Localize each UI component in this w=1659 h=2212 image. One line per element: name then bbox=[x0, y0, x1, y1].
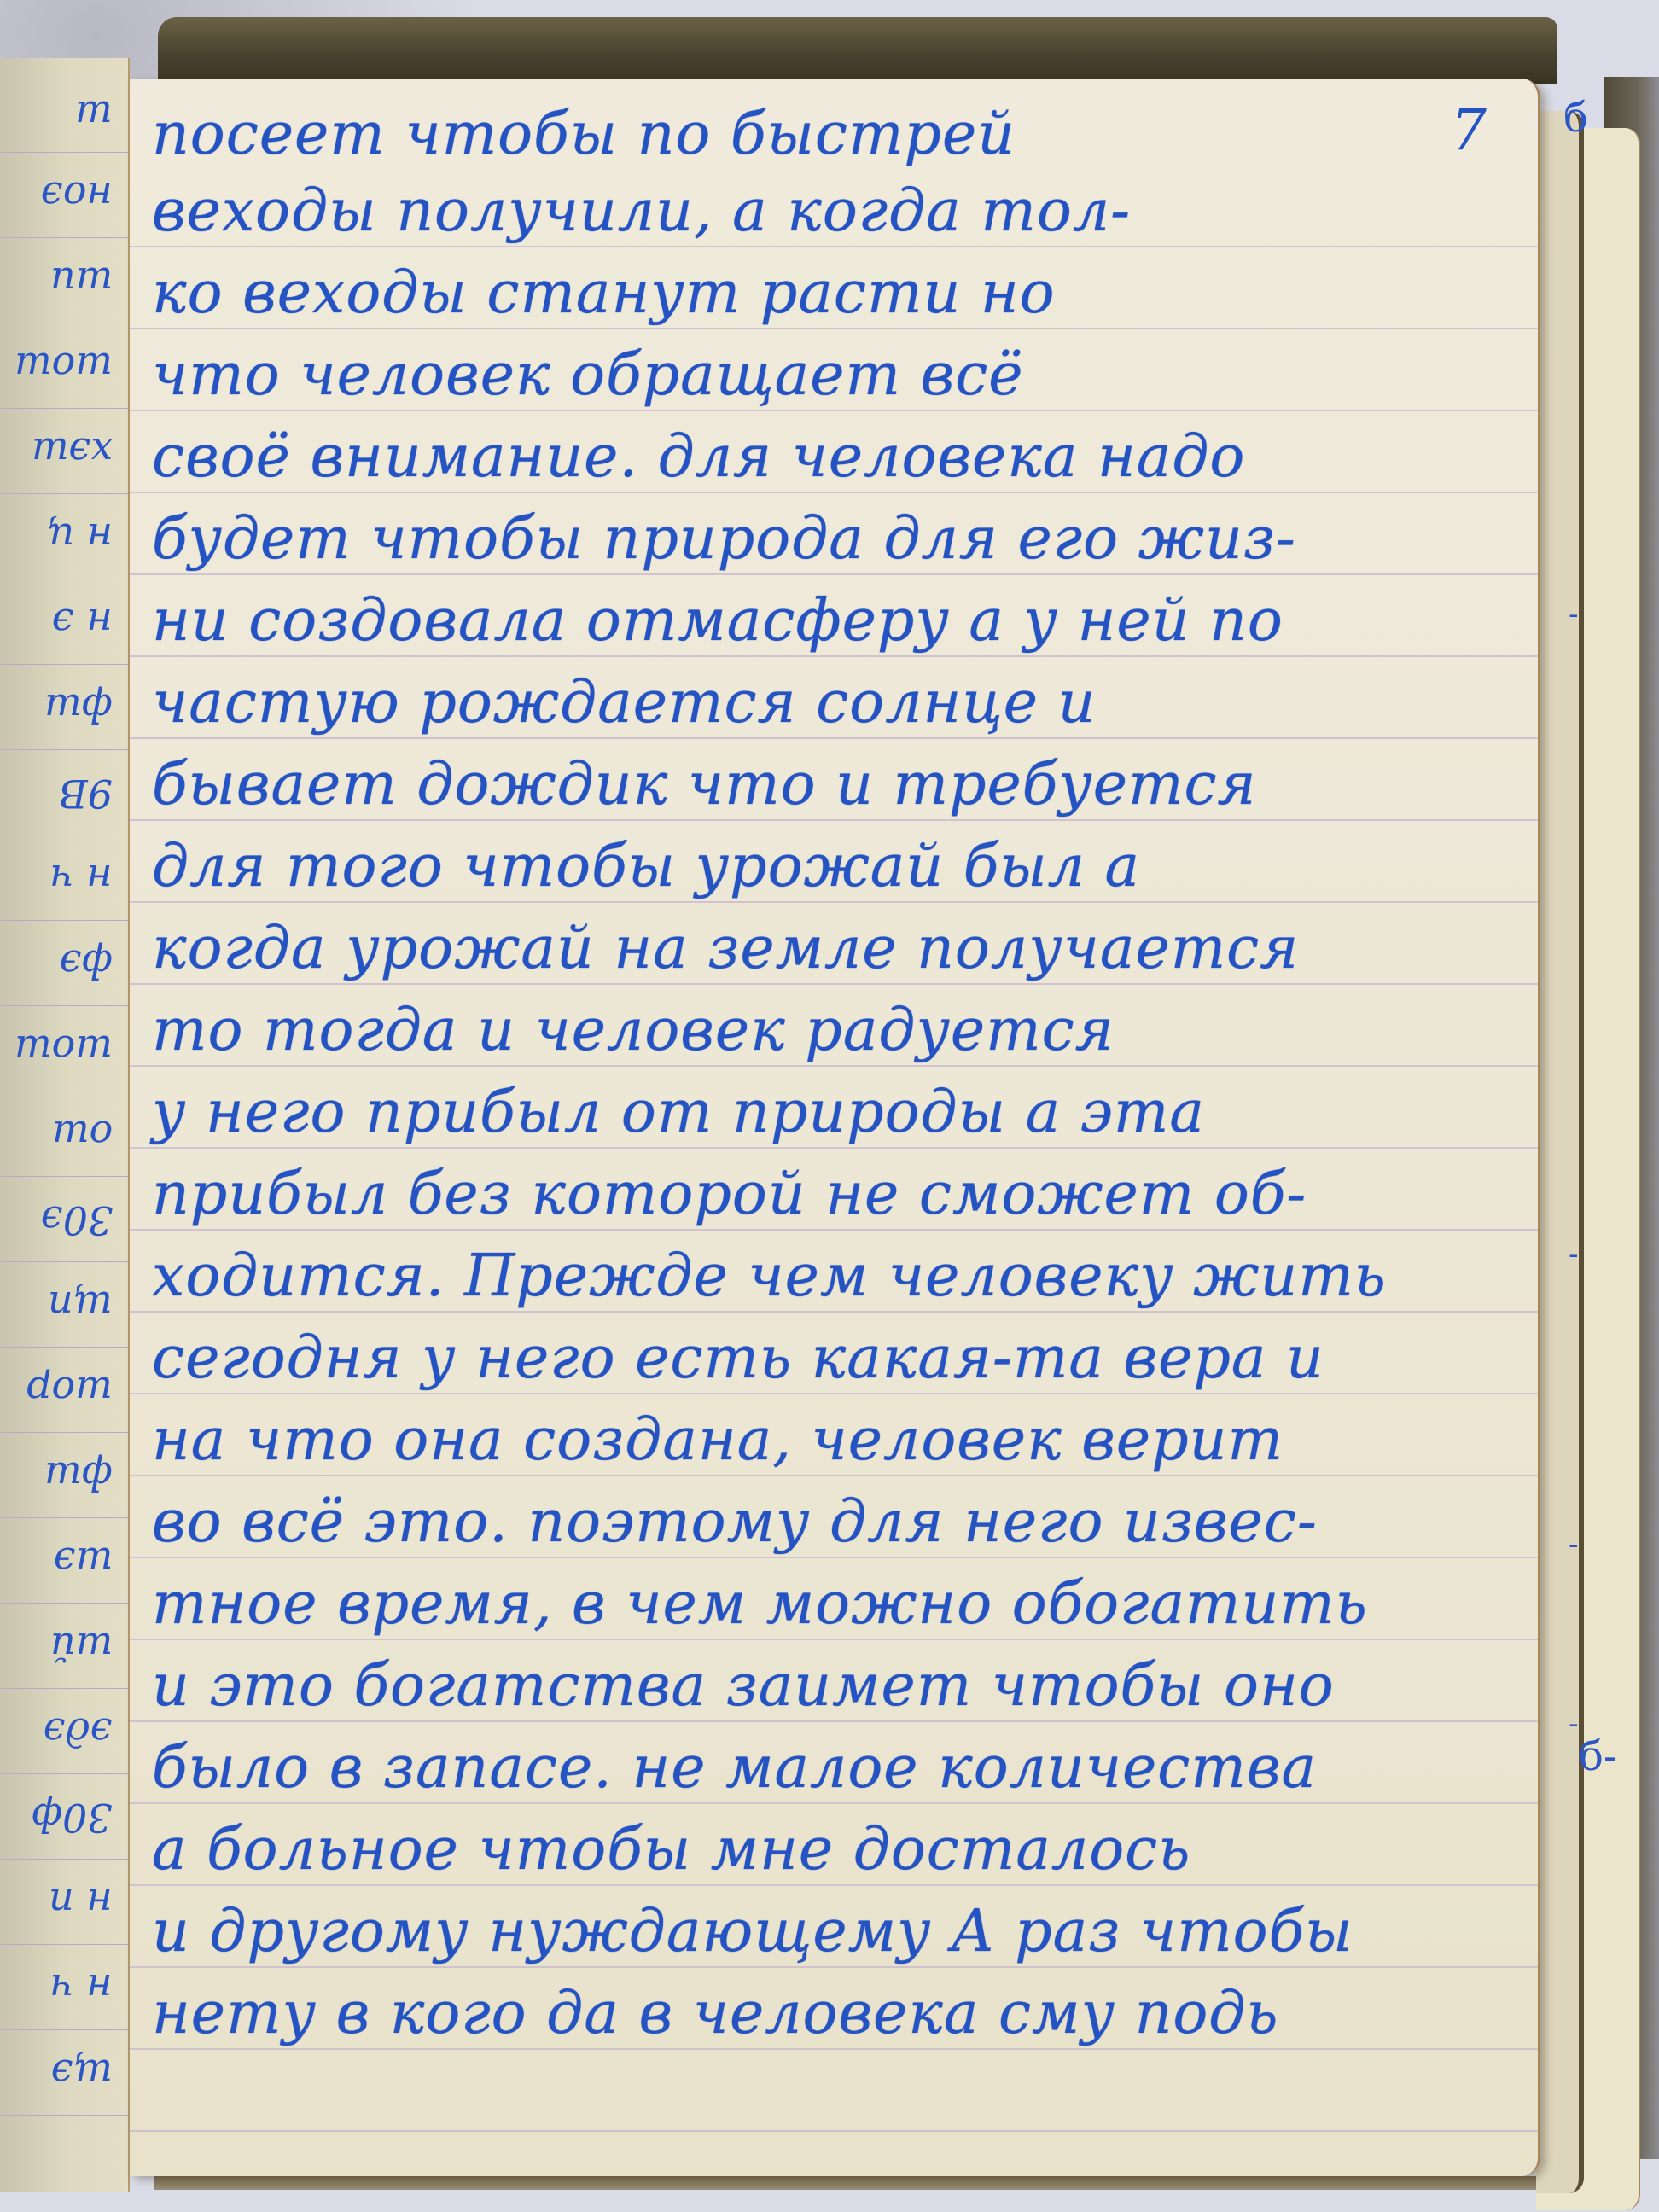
ruled-line bbox=[130, 1557, 1538, 1558]
ruled-line bbox=[0, 1688, 128, 1689]
ruled-line bbox=[130, 1147, 1538, 1149]
ruled-line bbox=[0, 1944, 128, 1945]
handwritten-line: и другому нуждающему А раз чтобы bbox=[152, 1903, 1487, 1961]
ruled-line bbox=[130, 1639, 1538, 1640]
ruled-line bbox=[130, 1884, 1538, 1886]
handwritten-line: то тогда и человек радуется bbox=[152, 1002, 1487, 1060]
left-page-text: ош bbox=[52, 1112, 113, 1158]
ruled-line bbox=[0, 408, 128, 409]
ruled-line bbox=[0, 1517, 128, 1518]
notebook-cover-top-edge bbox=[158, 17, 1557, 84]
edge-mark: б bbox=[1563, 94, 1588, 142]
ruled-line bbox=[130, 737, 1538, 739]
left-page-fragment: ш ноэ ши шош хэш н ц н э фш 9B н ч фэ шо… bbox=[0, 58, 130, 2192]
ruled-line bbox=[130, 2048, 1538, 2050]
ruled-line bbox=[0, 835, 128, 835]
handwritten-line: а больное чтобы мне досталось bbox=[152, 1821, 1487, 1879]
handwritten-line: у него прибыл от природы а эта bbox=[152, 1084, 1487, 1142]
handwritten-line: во всё это. поэтому для него извес- bbox=[152, 1493, 1487, 1551]
left-page-text: шэ bbox=[54, 1539, 113, 1585]
handwritten-line: ко веходы станут расти но bbox=[152, 265, 1487, 323]
ruled-line bbox=[130, 1475, 1538, 1476]
ruled-line bbox=[130, 1065, 1538, 1067]
ruled-line bbox=[130, 1720, 1538, 1722]
ruled-line bbox=[130, 819, 1538, 821]
handwritten-line: веходы получили, а когда тол- bbox=[152, 183, 1487, 241]
handwritten-line: на что она создана, человек верит bbox=[152, 1412, 1487, 1470]
handwritten-line: своё внимание. для человека надо bbox=[152, 428, 1487, 486]
left-page-text: н ц bbox=[47, 515, 113, 561]
ruled-line bbox=[130, 246, 1538, 247]
ruled-line bbox=[130, 410, 1538, 411]
ruled-line bbox=[0, 749, 128, 750]
left-page-text: фэ bbox=[60, 941, 113, 987]
ruled-line bbox=[130, 1802, 1538, 1804]
left-page-text: щп bbox=[48, 1283, 113, 1329]
left-page-text: н ч bbox=[49, 1965, 113, 2011]
left-page-text: шй bbox=[50, 1624, 113, 1670]
left-page-text: шор bbox=[26, 1368, 113, 1414]
handwritten-line: было в запасе. не малое количества bbox=[152, 1739, 1487, 1797]
left-page-text: щэ bbox=[51, 2051, 113, 2097]
ruled-line bbox=[0, 323, 128, 323]
handwritten-line: что человек обращает всё bbox=[152, 346, 1487, 405]
left-page-text: фш bbox=[44, 685, 113, 731]
ruled-line bbox=[0, 1603, 128, 1604]
handwritten-line: когда урожай на земле получается bbox=[152, 920, 1487, 978]
ruled-line bbox=[130, 2130, 1538, 2132]
handwritten-line: сегодня у него есть какая-та вера и bbox=[152, 1330, 1487, 1388]
handwritten-line: тное время, в чем можно обогатить bbox=[152, 1575, 1487, 1633]
handwritten-line: ни создовала отмасферу а у ней по bbox=[152, 592, 1487, 650]
left-page-text: шош bbox=[15, 1027, 113, 1073]
edge-mark: - bbox=[1569, 1237, 1579, 1272]
ruled-line bbox=[130, 1311, 1538, 1313]
ruled-line bbox=[0, 1773, 128, 1774]
ruled-line bbox=[0, 2029, 128, 2030]
ruled-line bbox=[0, 1432, 128, 1433]
page-stack-edge-inner bbox=[1536, 111, 1584, 2193]
ruled-line bbox=[130, 573, 1538, 575]
left-page-text: эдэ bbox=[44, 1709, 113, 1755]
left-page-text: н ч bbox=[49, 856, 113, 902]
ruled-line bbox=[0, 1347, 128, 1348]
handwritten-line: прибыл без которой не сможет об- bbox=[152, 1166, 1487, 1224]
ruled-line bbox=[0, 579, 128, 579]
handwritten-line: будет чтобы природа для его жиз- bbox=[152, 510, 1487, 568]
left-page-text: н э bbox=[52, 600, 113, 646]
ruled-line bbox=[0, 1091, 128, 1091]
ruled-line bbox=[0, 493, 128, 494]
ruled-line bbox=[0, 152, 128, 153]
left-page-text: 9B bbox=[59, 771, 113, 817]
edge-mark: - bbox=[1569, 597, 1579, 632]
edge-mark: б- bbox=[1579, 1732, 1617, 1780]
left-page-text: н п bbox=[49, 1880, 113, 1926]
ruled-line bbox=[130, 901, 1538, 903]
edge-mark: - bbox=[1569, 1707, 1579, 1741]
handwritten-line: и это богатства заимет чтобы оно bbox=[152, 1657, 1487, 1715]
handwritten-line: бывает дождик что и требуется bbox=[152, 756, 1487, 814]
left-page-text: 30э bbox=[41, 1197, 113, 1243]
handwritten-line: для того чтобы урожай был а bbox=[152, 838, 1487, 896]
notebook-page: 7 посеет чтобы по быстрей веходы получил… bbox=[130, 79, 1540, 2176]
edge-mark: - bbox=[1569, 1528, 1579, 1562]
handwritten-line: нету в кого да в человека сму подь bbox=[152, 1985, 1487, 2043]
left-page-text: 30ф bbox=[32, 1795, 113, 1841]
left-page-text: шош bbox=[15, 344, 113, 390]
ruled-line bbox=[130, 655, 1538, 657]
left-page-text: хэш bbox=[32, 429, 113, 475]
ruled-line bbox=[0, 1005, 128, 1006]
ruled-line bbox=[130, 1229, 1538, 1231]
ruled-line bbox=[130, 983, 1538, 985]
handwritten-line: частую рождается солнце и bbox=[152, 674, 1487, 732]
handwritten-line: ходится. Прежде чем человеку жить bbox=[152, 1248, 1487, 1306]
ruled-line bbox=[0, 2115, 128, 2116]
ruled-line bbox=[130, 492, 1538, 493]
left-page-text: ш bbox=[75, 92, 113, 138]
ruled-line bbox=[0, 1261, 128, 1262]
page-bottom-edge bbox=[154, 2176, 1536, 2190]
ruled-line bbox=[130, 328, 1538, 329]
ruled-line bbox=[0, 664, 128, 665]
left-page-text: ши bbox=[50, 259, 113, 305]
ruled-line bbox=[130, 1966, 1538, 1968]
ruled-line bbox=[130, 1393, 1538, 1394]
ruled-line bbox=[0, 1176, 128, 1177]
handwritten-line: посеет чтобы по быстрей bbox=[152, 106, 1487, 164]
left-page-text: фш bbox=[44, 1453, 113, 1499]
ruled-line bbox=[0, 1859, 128, 1860]
ruled-line bbox=[0, 237, 128, 238]
ruled-line bbox=[0, 920, 128, 921]
left-page-text: ноэ bbox=[41, 173, 113, 219]
